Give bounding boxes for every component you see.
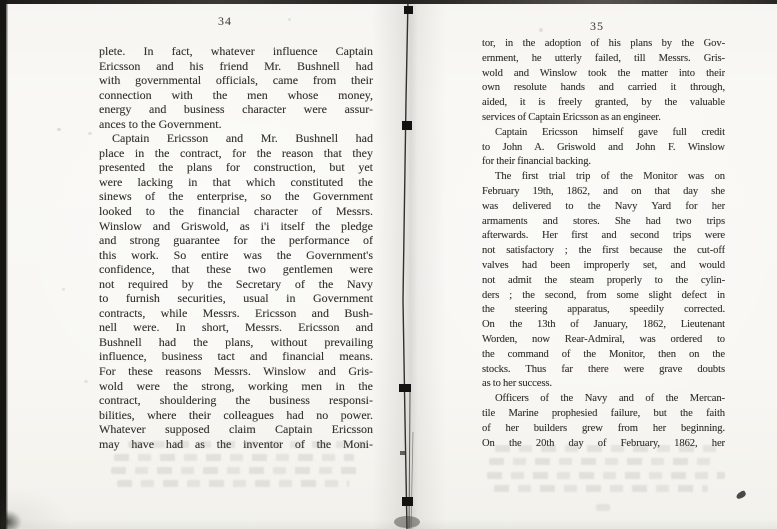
- page-number-right: 35: [590, 19, 604, 34]
- text-line: and strong guarantee for the performance…: [99, 233, 373, 248]
- bleed-through-line: [494, 485, 708, 492]
- text-line: The first trial trip of the Monitor was …: [482, 170, 725, 185]
- bottom-shade: [0, 519, 777, 529]
- book-scan: 34 plete. In fact, whatever influence Ca…: [0, 0, 777, 529]
- scan-edge-left: [0, 0, 8, 529]
- bleed-through-line: [128, 441, 366, 448]
- text-line: the steering apparatus, speedily correct…: [482, 303, 725, 318]
- text-line: Worden, now Rear-Admiral, was ordered to: [482, 333, 725, 348]
- text-line: aided, it is freely granted, by the valu…: [482, 96, 725, 111]
- text-line: For these reasons Messrs. Winslow and Gr…: [99, 364, 373, 379]
- scan-speck: [88, 132, 92, 135]
- text-line: presented the plans for construction, bu…: [99, 160, 373, 175]
- ink-mark: [735, 490, 747, 500]
- text-line: looked to the financial character of Mes…: [99, 204, 373, 219]
- text-line: tile Marine prophesied failure, but the …: [482, 407, 725, 422]
- text-line: wold and Winslow took the matter into th…: [482, 67, 725, 82]
- bleed-through-line: [487, 472, 725, 479]
- bleed-through-line: [489, 458, 717, 465]
- text-line: February 19th, 1862, and on that day she: [482, 185, 725, 200]
- text-line: valves had been improperly set, and woul…: [482, 259, 725, 274]
- text-line: confidence, that these two gentlemen wer…: [99, 262, 373, 277]
- text-line: energy and business character were assur…: [99, 102, 373, 117]
- page-number-left: 34: [218, 14, 232, 29]
- page-text-left: plete. In fact, whatever influence Capta…: [99, 44, 373, 451]
- text-line: the command of the Monitor, then on the: [482, 348, 725, 363]
- text-line: ances to the Government.: [99, 117, 373, 132]
- bleed-through-line: [495, 445, 717, 452]
- text-line: as to her success.: [482, 377, 725, 392]
- bleed-through-mark: [596, 504, 610, 511]
- text-line: bilities, where their colleagues had no …: [99, 408, 373, 423]
- text-line: with governmental officials, came from t…: [99, 73, 373, 88]
- page-text-right: tor, in the adoption of his plans by the…: [482, 37, 725, 451]
- text-line: place in the contract, for the reason th…: [99, 146, 373, 161]
- text-line: to furnish securities, usual in Governme…: [99, 291, 373, 306]
- text-line: contract, shouldering the business respo…: [99, 393, 373, 408]
- text-line: Captain Ericsson and Mr. Bushnell had: [99, 131, 373, 146]
- scan-speck: [288, 18, 291, 21]
- text-line: Winslow and Griswold, as i'i itself the …: [99, 219, 373, 234]
- text-line: wold were the strong, working men in the: [99, 379, 373, 394]
- bleed-through-line: [111, 467, 359, 474]
- text-line: nell were. In short, Messrs. Ericsson an…: [99, 320, 373, 335]
- text-line: plete. In fact, whatever influence Capta…: [99, 44, 373, 59]
- text-line: not admit the steam properly to the cyli…: [482, 274, 725, 289]
- scan-speck: [84, 380, 88, 383]
- text-line: contracts, while Messrs. Ericsson and Bu…: [99, 306, 373, 321]
- text-line: not satisfactory ; the first because the…: [482, 244, 725, 259]
- bleed-through-line: [117, 480, 349, 487]
- text-line: Ericsson and his friend Mr. Bushnell had: [99, 59, 373, 74]
- text-line: influence, business tact and financial m…: [99, 349, 373, 364]
- text-line: armaments and stores. She had two trips: [482, 215, 725, 230]
- text-line: Whatever supposed claim Captain Ericsson: [99, 422, 373, 437]
- text-line: own resolute hands and carried it throug…: [482, 81, 725, 96]
- bleed-through-line: [114, 454, 354, 461]
- text-line: On the 13th of January, 1862, Lieutenant: [482, 318, 725, 333]
- text-line: ders ; the second, from some slight defe…: [482, 289, 725, 304]
- text-line: Officers of the Navy and of the Mercan-: [482, 392, 725, 407]
- text-line: Captain Ericsson himself gave full credi…: [482, 126, 725, 141]
- text-line: sinews of the enterprise, so the Governm…: [99, 189, 373, 204]
- scan-speck: [539, 28, 543, 32]
- text-line: afterwards. Her first and second trips w…: [482, 229, 725, 244]
- text-line: tor, in the adoption of his plans by the…: [482, 37, 725, 52]
- scan-edge-top: [0, 0, 777, 4]
- text-line: connection with the men whose money,: [99, 88, 373, 103]
- text-line: for their financial backing.: [482, 155, 725, 170]
- text-line: this work. So entire was the Government'…: [99, 248, 373, 263]
- scan-speck: [62, 288, 65, 291]
- text-line: ernment, he utterly failed, till Messrs.…: [482, 52, 725, 67]
- binding-gutter: [380, 0, 430, 529]
- text-line: to John A. Griswold and John F. Winslow: [482, 141, 725, 156]
- text-line: services of Captain Ericsson as an engin…: [482, 111, 725, 126]
- text-line: not required by the Secretary of the Nav…: [99, 277, 373, 292]
- scan-speck: [57, 128, 61, 131]
- text-line: Bushnell had the plans, without prevaili…: [99, 335, 373, 350]
- text-line: were lacking in that which constituted t…: [99, 175, 373, 190]
- text-line: was delivered to the Navy Yard for her: [482, 200, 725, 215]
- text-line: of her builders grew from her beginning.: [482, 422, 725, 437]
- text-line: stocks. Thus far there were grave doubts: [482, 363, 725, 378]
